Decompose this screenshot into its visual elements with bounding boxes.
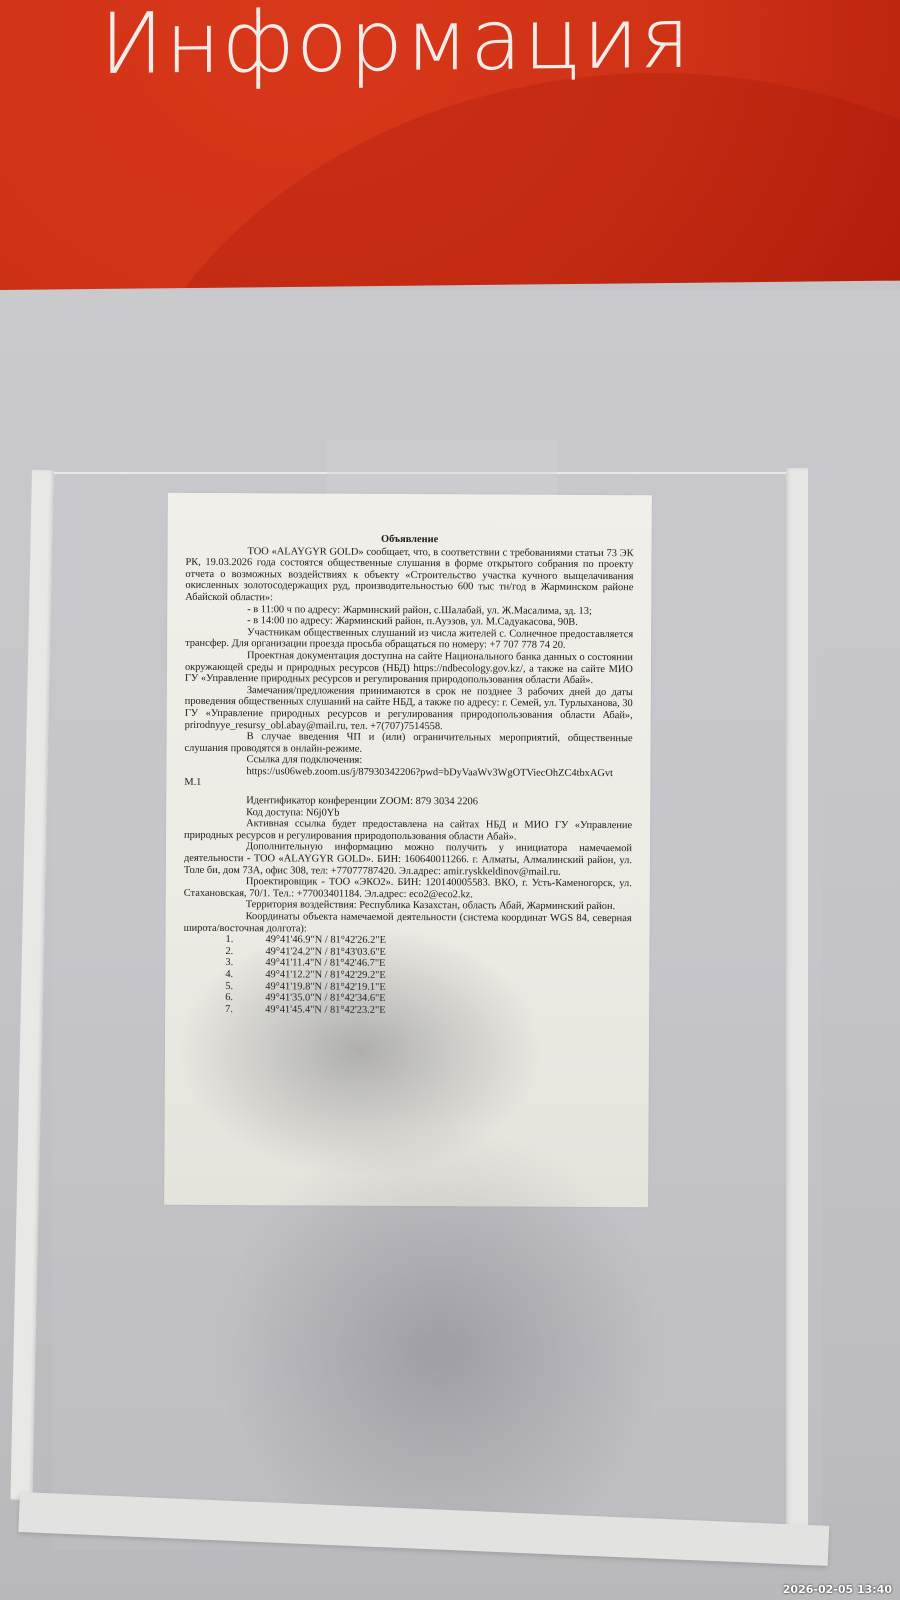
- holder-rail-right: [786, 468, 808, 1548]
- notice-text: Объявление ТОО «ALAYGYR GOLD» сообщает, …: [183, 533, 634, 1018]
- notice-heading: Объявление: [186, 533, 634, 547]
- coords-intro: Координаты объекта намечаемой деятельнос…: [184, 911, 632, 937]
- documentation-text: Проектная документация доступна на сайте…: [185, 650, 633, 687]
- active-link-text: Активная ссылка будет предоставлена на с…: [184, 818, 632, 844]
- notice-intro: ТОО «ALAYGYR GOLD» сообщает, что, в соот…: [185, 545, 633, 605]
- transfer-text: Участникам общественных слушаний из числ…: [185, 627, 633, 653]
- designer-info: Проектировщик - ТОО «ЭКО2». БИН: 1201400…: [184, 876, 632, 902]
- zoom-link-tail: M.1: [184, 777, 632, 791]
- coordinates-list: 1.49°41'46.9"N / 81°42'26.2"E 2.49°41'24…: [183, 934, 631, 1018]
- info-banner: Информация: [0, 0, 900, 290]
- emergency-text: В случае введения ЧП и (или) ограничител…: [184, 731, 632, 757]
- comments-text: Замечания/предложения принимаются в срок…: [185, 685, 633, 734]
- notice-sheet: Объявление ТОО «ALAYGYR GOLD» сообщает, …: [164, 493, 652, 1208]
- coordinate-item: 7.49°41'45.4"N / 81°42'23.2"E: [183, 1004, 631, 1018]
- additional-info: Дополнительную информацию можно получить…: [184, 841, 632, 878]
- banner-title: Информация: [100, 0, 692, 93]
- photo-timestamp: 2026-02-05 13:40: [783, 1583, 892, 1596]
